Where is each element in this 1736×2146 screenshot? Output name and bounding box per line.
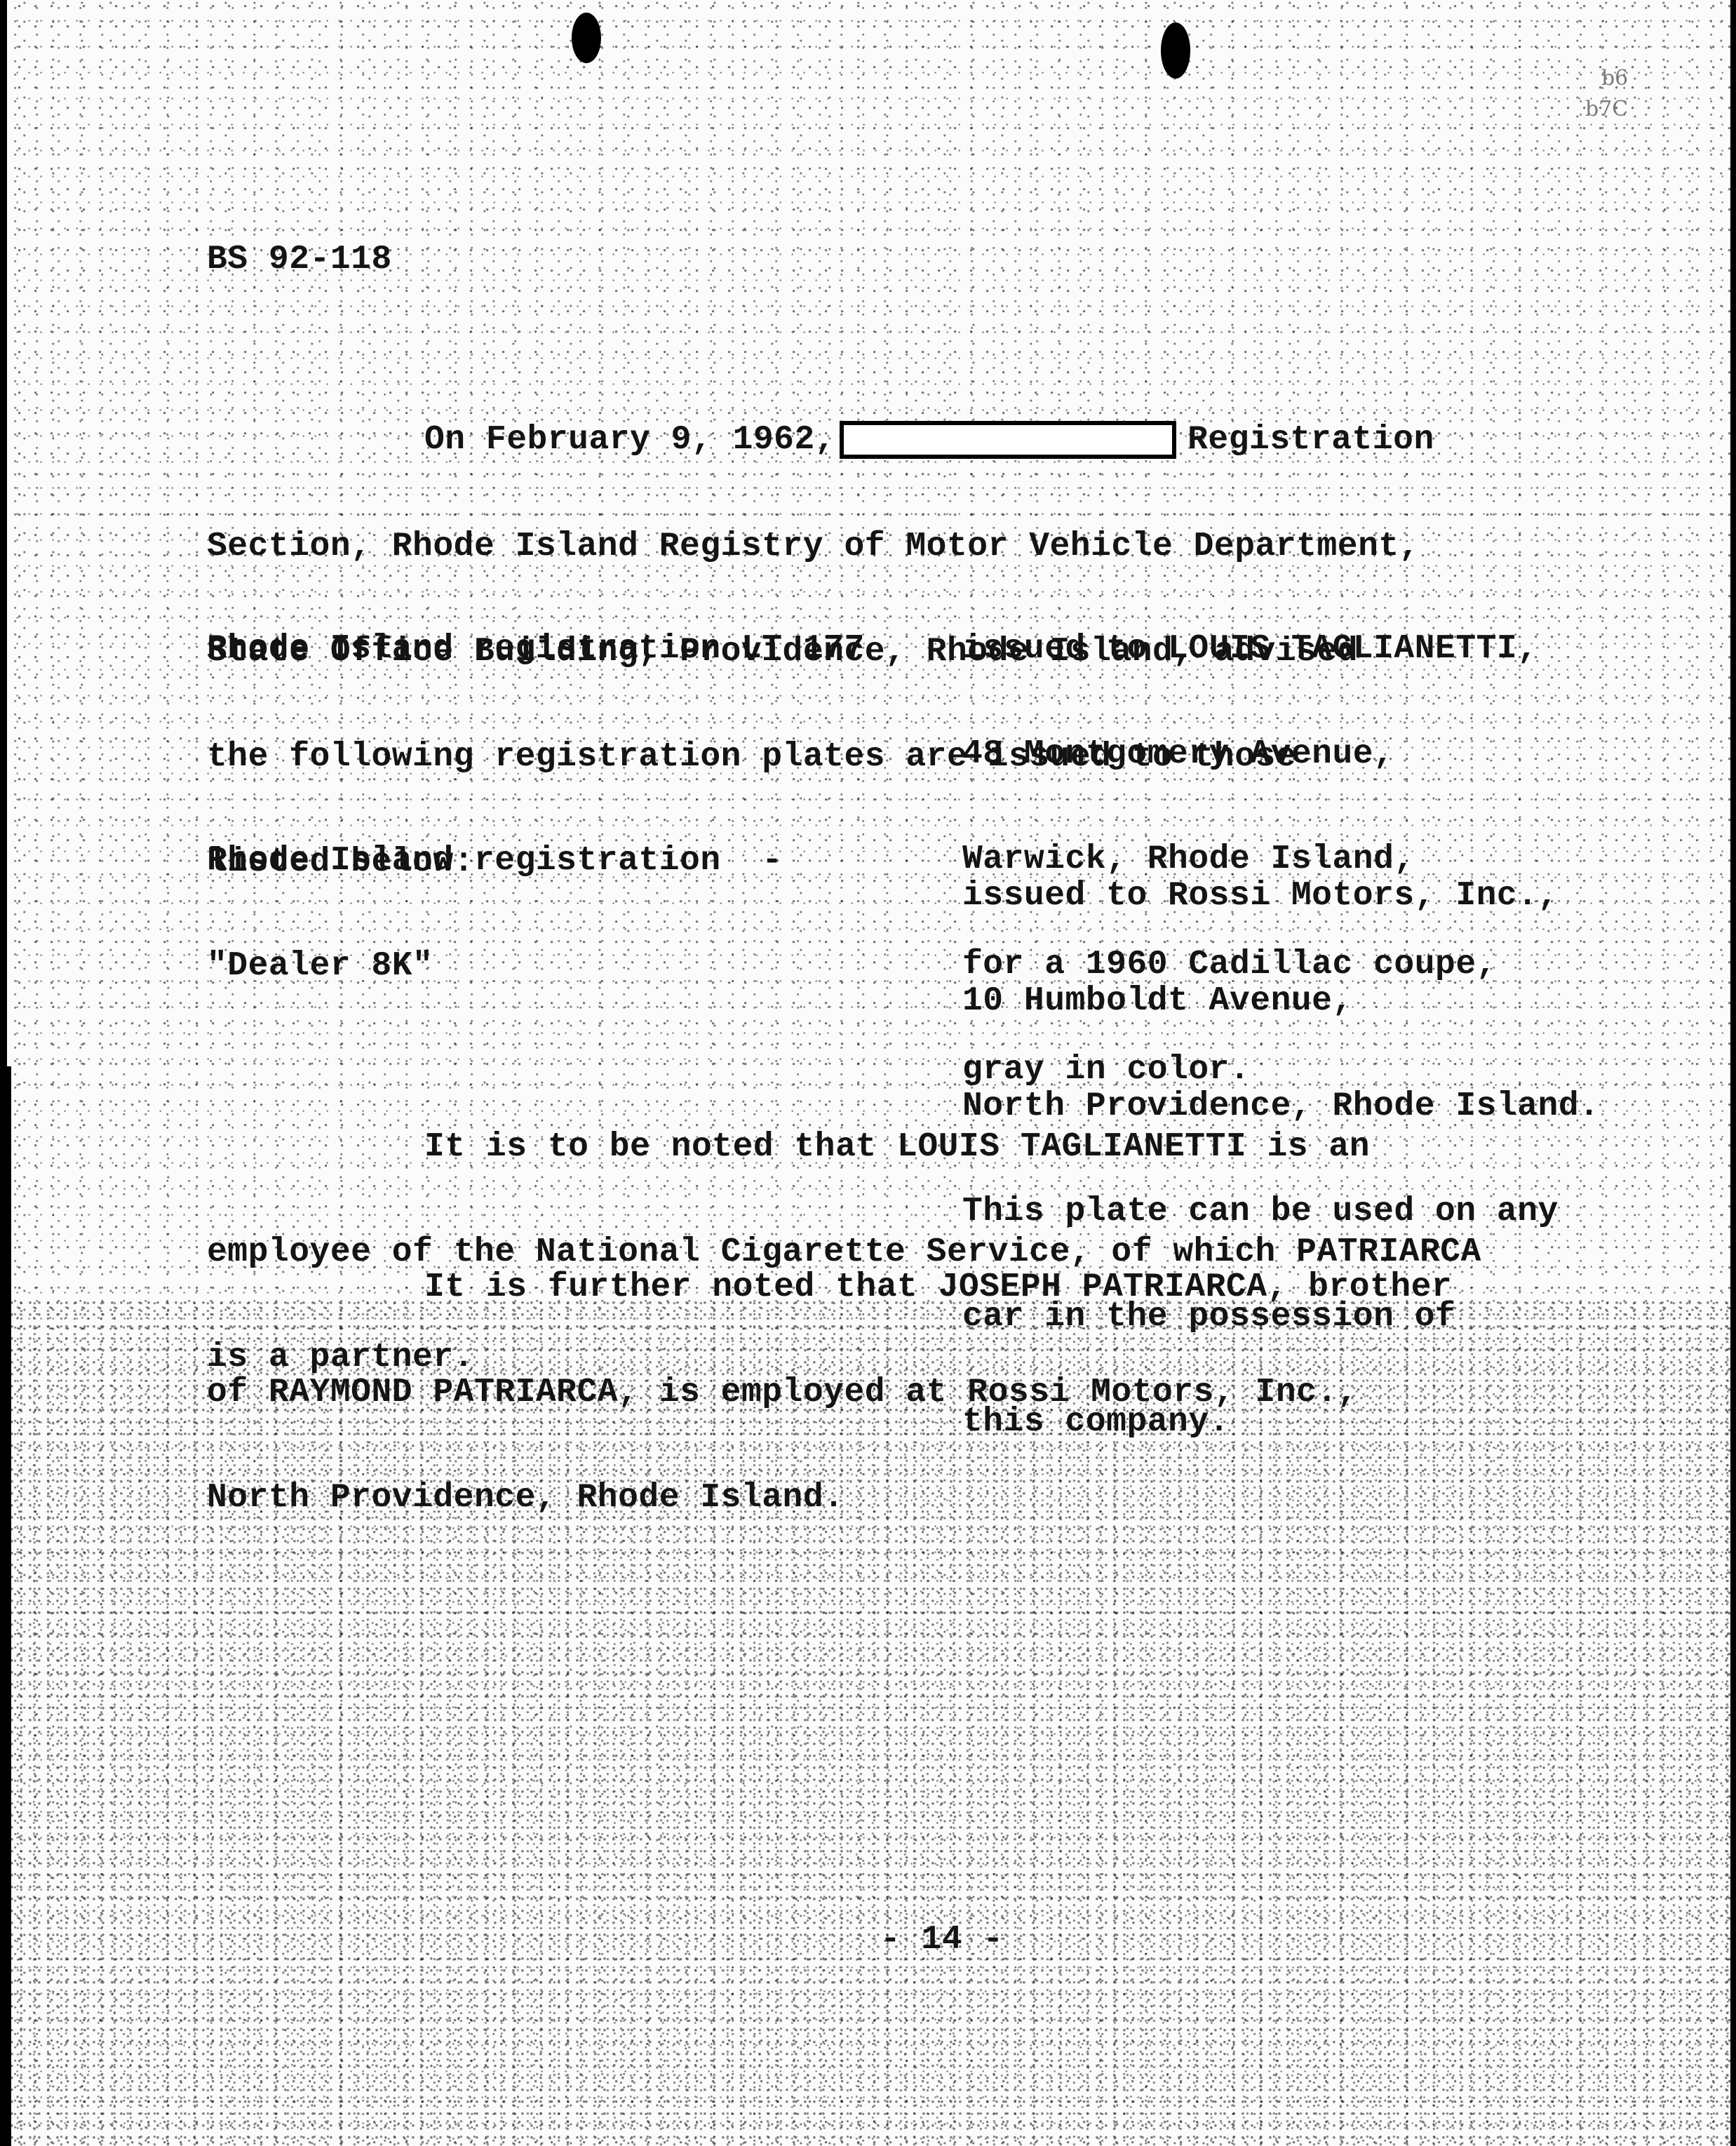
exemption-code: b7C	[1585, 94, 1628, 125]
intro-line-1: On February 9, 1962, Registration	[207, 421, 1434, 459]
paragraph-line: It is further noted that JOSEPH PATRIARC…	[207, 1270, 1452, 1305]
page-number: - 14 -	[880, 1922, 1004, 1957]
registration-detail-line: 48 Montgomery Avenue,	[962, 737, 1538, 772]
registration-detail-line: 10 Humboldt Avenue,	[962, 984, 1599, 1019]
intro-line: Section, Rhode Island Registry of Motor …	[207, 529, 1434, 564]
registration-label-line: "Dealer 8K"	[207, 948, 783, 984]
paragraph-patriarca-note: It is further noted that JOSEPH PATRIARC…	[207, 1200, 1452, 1585]
registration-detail-line: issued to LOUIS TAGLIANETTI,	[962, 631, 1538, 666]
intro-date-text: On February 9, 1962,	[424, 422, 835, 457]
registration-detail-line: issued to Rossi Motors, Inc.,	[962, 878, 1599, 913]
punch-hole-icon	[1161, 22, 1190, 79]
exemption-code: b6	[1585, 63, 1628, 94]
intro-line-1-tail: Registration	[1187, 422, 1434, 457]
scan-edge-left-lower	[0, 1066, 11, 2146]
registration-1-label: Rhode Island registration LT 177	[207, 561, 865, 737]
registration-2-label: Rhode Island registration - "Dealer 8K"	[207, 773, 783, 1054]
paragraph-line: North Providence, Rhode Island.	[207, 1480, 1452, 1515]
scan-edge-left	[0, 0, 7, 1066]
paragraph-line: It is to be noted that LOUIS TAGLIANETTI…	[207, 1129, 1481, 1165]
document-page: b6 b7C BS 92-118 On February 9, 1962, Re…	[0, 0, 1736, 2146]
punch-hole-icon	[572, 13, 601, 63]
redaction-box	[840, 421, 1176, 459]
file-number: BS 92-118	[207, 242, 392, 277]
paragraph-line: of RAYMOND PATRIARCA, is employed at Ros…	[207, 1375, 1452, 1410]
foia-exemption-codes: b6 b7C	[1585, 63, 1628, 125]
registration-label-line: Rhode Island registration -	[207, 843, 783, 878]
registration-label-line: Rhode Island registration LT 177	[207, 631, 865, 666]
scan-edge-right	[1730, 0, 1736, 2146]
